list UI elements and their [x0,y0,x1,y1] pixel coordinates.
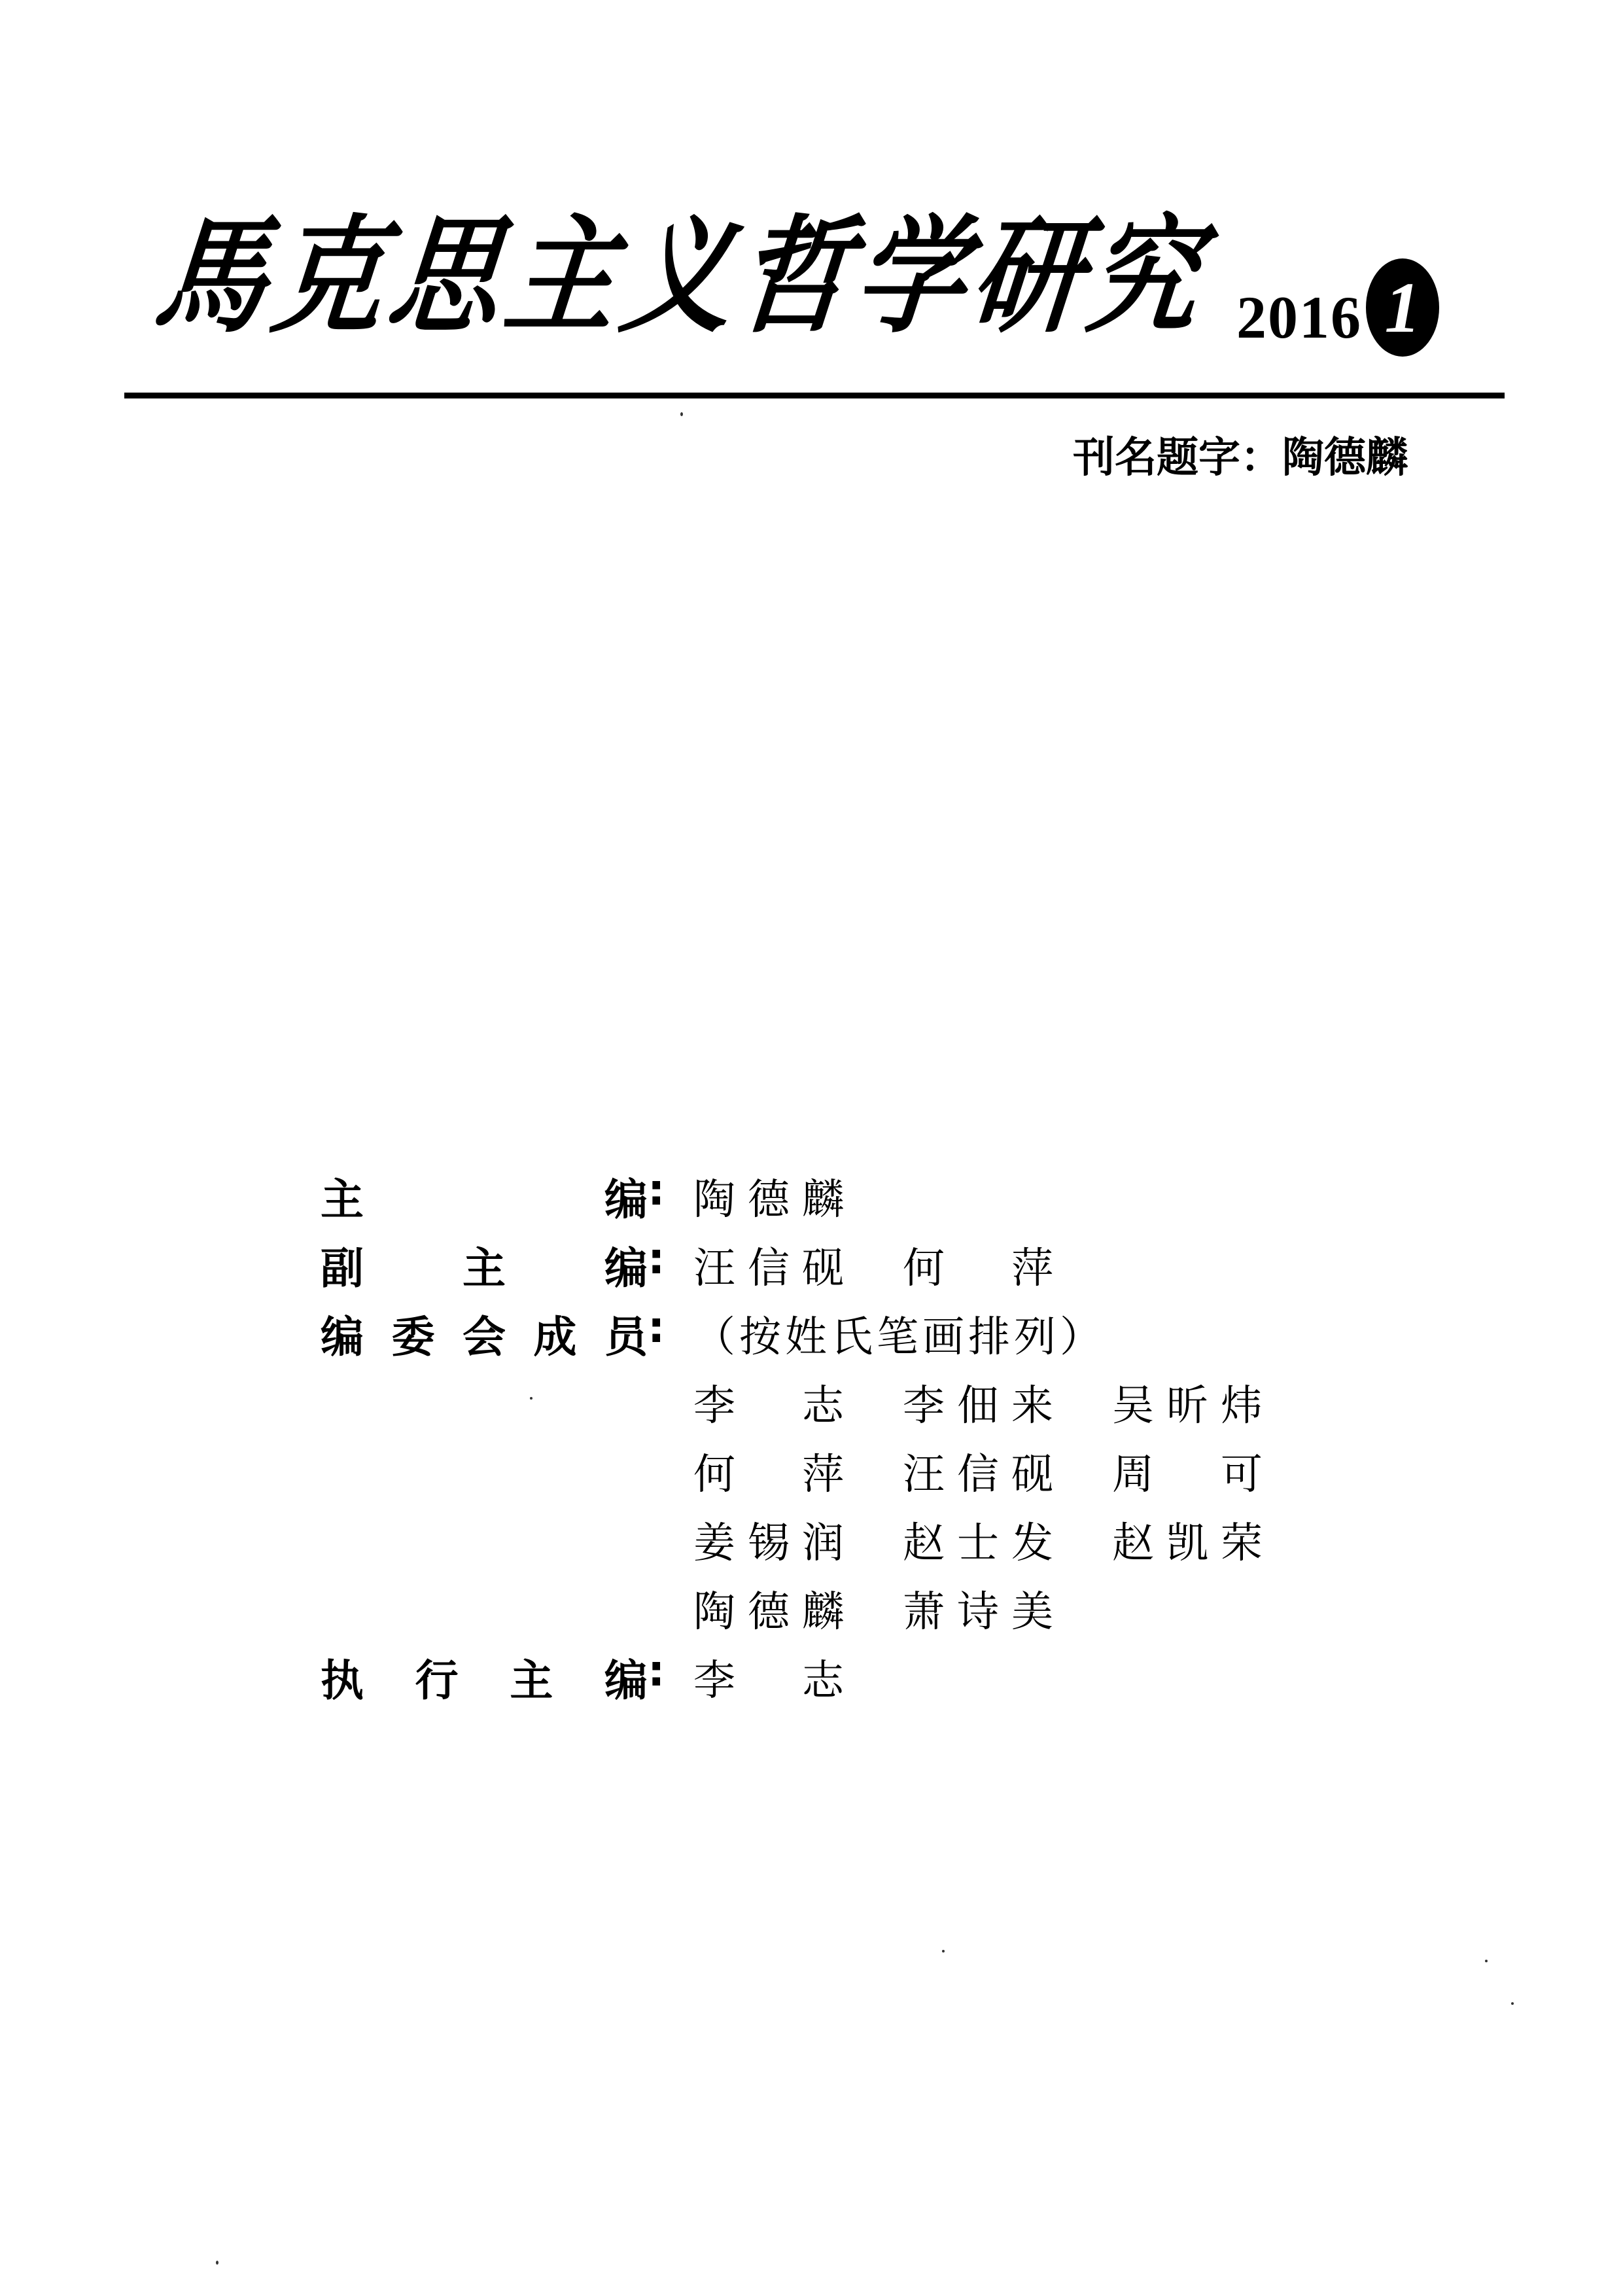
label-char: 成 [534,1302,577,1364]
name-char: 德 [748,1578,790,1638]
scan-speck [942,1950,945,1952]
name-char: 姜 [693,1510,735,1570]
label-char: 编 [321,1302,364,1364]
name-char: 何 [903,1235,945,1295]
person-name: 姜 锡 润 [693,1510,844,1570]
name-char: 昕 [1166,1372,1208,1432]
name-char: 陶 [693,1166,735,1226]
label-char: 主 [321,1165,364,1227]
scan-speck [216,2261,218,2265]
person-name: 汪 信 砚 [693,1235,844,1295]
name-char: 来 [1011,1372,1053,1432]
name-char: 萧 [903,1578,945,1638]
person-name: 李 佃 来 [903,1372,1053,1432]
name-char: 锡 [748,1510,790,1570]
label-colon: : [648,1302,693,1364]
scan-speck [1511,2002,1514,2005]
committee-members: 姜 锡 润 赵 士 发 赵 凯 荣 [693,1510,1321,1570]
name-char: 萍 [802,1441,844,1501]
label-char: 编 [604,1646,648,1708]
name-char: 赵 [903,1510,945,1570]
row-committee-members-3: 姜 锡 润 赵 士 发 赵 凯 荣 [321,1505,1321,1574]
ordering-note: （按姓氏笔画排列） [693,1303,1106,1364]
issue-label: 2016 1 [1236,278,1439,357]
issue-year: 2016 [1236,287,1362,347]
name-char: 麟 [802,1578,844,1638]
person-name: 赵 凯 荣 [1112,1510,1263,1570]
name-char: 凯 [1166,1510,1208,1570]
name-char: 德 [748,1166,790,1226]
issue-number-badge: 1 [1366,258,1439,357]
person-name: 何 萍 [903,1235,1053,1295]
name-char: 麟 [802,1166,844,1226]
label-char: 编 [604,1165,648,1227]
row-editorial-committee: 编 委 会 成 员 : （按姓氏笔画排列） [321,1299,1321,1368]
name-char: 发 [1011,1510,1053,1570]
label-editor-in-chief: 主 编 : [321,1165,693,1227]
name-char: 佃 [957,1372,999,1432]
person-name: 周 可 [1112,1441,1263,1501]
name-char: 信 [957,1441,999,1501]
committee-members: 陶 德 麟 萧 诗 美 [693,1578,1112,1638]
row-committee-members-1: 李 志 李 佃 来 吴 昕 炜 [321,1368,1321,1436]
label-char: 执 [321,1646,364,1708]
scan-speck [1485,1960,1488,1962]
name-char: 士 [957,1510,999,1570]
name-char: 砚 [1011,1441,1053,1501]
person-name: 汪 信 砚 [903,1441,1053,1501]
name-char: 美 [1011,1578,1053,1638]
label-char: 编 [604,1233,648,1296]
name-char: 可 [1221,1441,1263,1501]
label-char: 主 [462,1233,506,1296]
name-char: 李 [693,1372,735,1432]
masthead: 馬克思主义哲学研究 2016 1 [124,216,1505,386]
person-name: 陶 德 麟 [693,1166,844,1226]
name-char: 润 [802,1510,844,1570]
row-committee-members-2: 何 萍 汪 信 砚 周 可 [321,1436,1321,1505]
person-name: 何 萍 [693,1441,844,1501]
person-name: 李 志 [693,1647,844,1707]
label-char: 主 [510,1646,553,1708]
label-deputy-editors: 副 主 编 : [321,1233,693,1296]
name-char: 赵 [1112,1510,1154,1570]
header-rule [124,393,1505,398]
name-char: 诗 [957,1578,999,1638]
journal-title: 馬克思主义哲学研究 [150,213,1212,339]
editorial-board: 主 编 : 陶 德 麟 副 主 编 : 汪 信 砚 [321,1161,1321,1711]
label-char: 员 [604,1302,648,1364]
name-char: 汪 [693,1235,735,1295]
name-char: 何 [693,1441,735,1501]
name-char: 信 [748,1235,790,1295]
person-name: 萧 诗 美 [903,1578,1053,1638]
value-executive-editor: 李 志 [693,1647,903,1707]
row-executive-editor: 执 行 主 编 : 李 志 [321,1642,1321,1711]
name-char: 萍 [1011,1235,1053,1295]
person-name: 赵 士 发 [903,1510,1053,1570]
person-name: 陶 德 麟 [693,1578,844,1638]
label-executive-editor: 执 行 主 编 : [321,1646,693,1708]
label-char: 副 [321,1233,364,1296]
value-editor-in-chief: 陶 德 麟 [693,1166,903,1226]
name-char: 陶 [693,1578,735,1638]
value-deputy-editors: 汪 信 砚 何 萍 [693,1235,1112,1295]
calligraphy-credit: 刊名题字：陶德麟 [1073,433,1408,484]
name-char: 炜 [1221,1372,1263,1432]
name-char: 志 [802,1372,844,1432]
label-editorial-committee: 编 委 会 成 员 : [321,1302,693,1364]
label-colon: : [648,1646,693,1708]
name-char: 吴 [1112,1372,1154,1432]
name-char: 周 [1112,1441,1154,1501]
name-char: 志 [802,1647,844,1707]
person-name: 吴 昕 炜 [1112,1372,1263,1432]
name-char: 荣 [1221,1510,1263,1570]
label-char: 会 [462,1302,506,1364]
row-deputy-editors: 副 主 编 : 汪 信 砚 何 萍 [321,1230,1321,1299]
label-char: 行 [415,1646,459,1708]
name-char: 李 [903,1372,945,1432]
person-name: 李 志 [693,1372,844,1432]
name-char: 砚 [802,1235,844,1295]
name-char: 李 [693,1647,735,1707]
row-editor-in-chief: 主 编 : 陶 德 麟 [321,1161,1321,1230]
committee-members: 何 萍 汪 信 砚 周 可 [693,1441,1321,1501]
row-committee-members-4: 陶 德 麟 萧 诗 美 [321,1574,1321,1642]
label-colon: : [648,1233,693,1296]
committee-members: 李 志 李 佃 来 吴 昕 炜 [693,1372,1321,1432]
label-char: 委 [392,1302,435,1364]
name-char: 汪 [903,1441,945,1501]
scan-speck [530,1397,532,1400]
label-colon: : [648,1165,693,1227]
scan-speck [680,412,683,416]
